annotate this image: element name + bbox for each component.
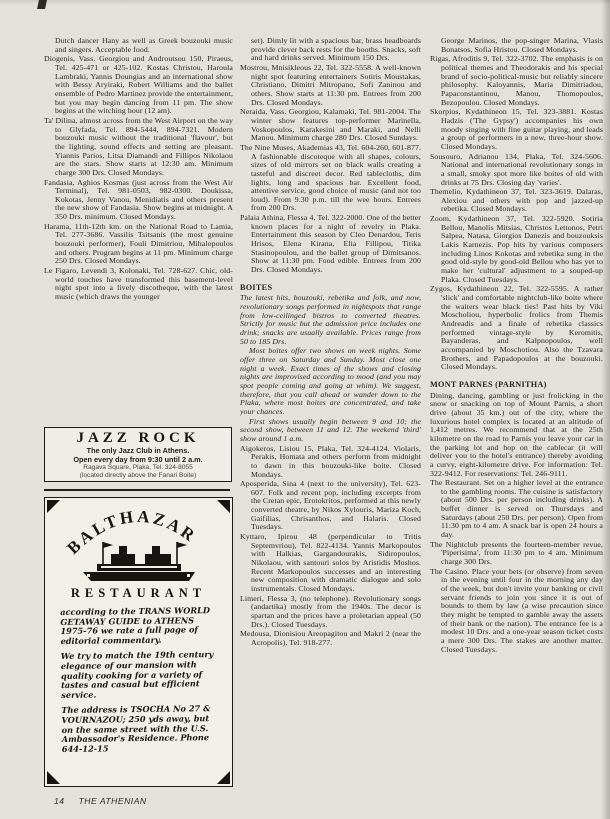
listing-aposperida: Aposperida, Sina 4 (next to the universi… (240, 480, 421, 532)
jazz-rock-ad-hours: Open every day from 9:30 until 2 a.m. (45, 456, 231, 465)
page-footer: 14THE ATHENIAN (54, 796, 147, 806)
page-number: 14 (54, 796, 65, 806)
balthazar-ad-paragraph-3: The address is TSOCHA No 27 & VOURNAZOU;… (61, 704, 221, 754)
listing-diogenis: Diogenis, Vass. Georgiou and Androutsou … (44, 55, 233, 116)
listing-skorpios: Skorpios, Kydathineon 15, Tel. 323-3881.… (430, 108, 603, 151)
listing-ta-dilina: Ta' Dilina, almost across from the West … (44, 117, 233, 178)
column-divider-rule (44, 489, 230, 491)
balthazar-ad: BALTHAZAR RESTAURANT according to the TR… (44, 497, 233, 787)
jazz-rock-ad-location-note: (located directly above the Fanari Boite… (45, 472, 231, 480)
photo-corner-icon (47, 500, 60, 513)
listing-sousouro: Sousouro, Adrianou 134, Plaka, Tel. 324-… (430, 153, 603, 188)
photo-corner-icon (47, 771, 60, 784)
listing-palaia-athina: Palaia Athina, Flessa 4, Tel. 322-2000. … (240, 214, 421, 275)
steamship-illustration: BALTHAZAR (53, 502, 225, 588)
boites-intro-1: The latest hits, bouzouki, rebetika and … (240, 294, 421, 346)
listing-zoom: Zoom, Kydathineon 37, Tel. 322-5920. Sot… (430, 215, 603, 284)
listing-le-figaro: Le Figaro, Levendi 3, Kolonaki, Tel. 728… (44, 267, 233, 302)
listing-parnes-nightclub: The Nightclub presents the fourteen-memb… (430, 541, 603, 567)
column-left: Dutch dancer Hany as well as Greek bouzo… (44, 37, 233, 425)
boites-intro-2: Most boites offer two shows on week nigh… (240, 347, 421, 416)
listing-limeri: Limeri, Flessa 3, (no telephone). Revolu… (240, 595, 421, 630)
balthazar-ad-paragraph-2: We try to match the 19th century eleganc… (61, 650, 221, 700)
listing-harama: Harama, 11th-12th km. on the National Ro… (44, 223, 233, 266)
boites-intro-3: First shows usually begin between 9 and … (240, 418, 421, 444)
listing-nine-muses: The Nine Muses, Akademias 43, Tel. 604-2… (240, 144, 421, 213)
jazz-rock-ad-address: Ragava Square, Plaka, Tel. 324-8055 (45, 464, 231, 472)
listing-parnes-casino: The Casino. Place your bets (or observe)… (430, 568, 603, 655)
svg-text:BALTHAZAR: BALTHAZAR (63, 507, 200, 558)
section-heading-mont-parnes: MONT PARNES (PARNITHA) (430, 381, 603, 390)
listing-mostrou: Mostrou, Mnisikleous 22, Tel. 322-5558. … (240, 64, 421, 107)
photo-corner-icon (217, 771, 230, 784)
balthazar-ad-name: BALTHAZAR (63, 507, 200, 558)
balthazar-ad-handwritten-copy: according to the TRANS WORLD GETAWAY GUI… (44, 600, 233, 755)
listing-aigokeros: Aigokeros, Lisiou 15, Plaka, Tel. 324-41… (240, 445, 421, 480)
column-right: George Marinos, the pop-singer Marina, V… (430, 37, 603, 803)
jazz-rock-ad: JAZZ ROCK The only Jazz Club in Athens. … (44, 427, 232, 482)
listing-continuation: George Marinos, the pop-singer Marina, V… (430, 37, 603, 54)
photo-corner-icon (217, 500, 230, 513)
balthazar-ad-paragraph-1: according to the TRANS WORLD GETAWAY GUI… (60, 606, 219, 646)
balthazar-ad-type: RESTAURANT (45, 586, 232, 601)
listing-medousa: Medousa, Dionisiou Areopagitou and Makri… (240, 630, 421, 647)
listing-continuation: set). Dimly lit with a spacious bar, bra… (240, 37, 421, 63)
listing-zygos: Zygos, Kydathineon 22, Tel. 322-5595. A … (430, 285, 603, 372)
jazz-rock-ad-title: JAZZ ROCK (45, 430, 231, 447)
mont-parnes-intro: Dining, dancing, gambling or just frolic… (430, 392, 603, 479)
listing-themelio: Themelio, Kydathineon 37, Tel. 323-3619.… (430, 188, 603, 214)
listing-fandasia: Fandasia, Aghios Kosmas (just across fro… (44, 179, 233, 222)
listing-parnes-restaurant: The Restaurant. Set on a higher level at… (430, 479, 603, 540)
section-heading-boites: BOITES (240, 284, 421, 293)
scan-artifact (37, 0, 47, 9)
magazine-page: Dutch dancer Hany as well as Greek bouzo… (0, 0, 610, 819)
column-middle: set). Dimly lit with a spacious bar, bra… (240, 37, 421, 803)
listing-rigas: Rigas, Afroditis 9, Tel. 322-3702. The e… (430, 55, 603, 107)
magazine-title: THE ATHENIAN (79, 796, 147, 806)
listing-continuation: Dutch dancer Hany as well as Greek bouzo… (44, 37, 233, 54)
listing-kyttaro: Kyttaro, Ipirou 48 (perpendicular to Tri… (240, 533, 421, 594)
listing-neraida: Neraida, Vass. Georgiou, Kalamaki, Tel. … (240, 108, 421, 143)
